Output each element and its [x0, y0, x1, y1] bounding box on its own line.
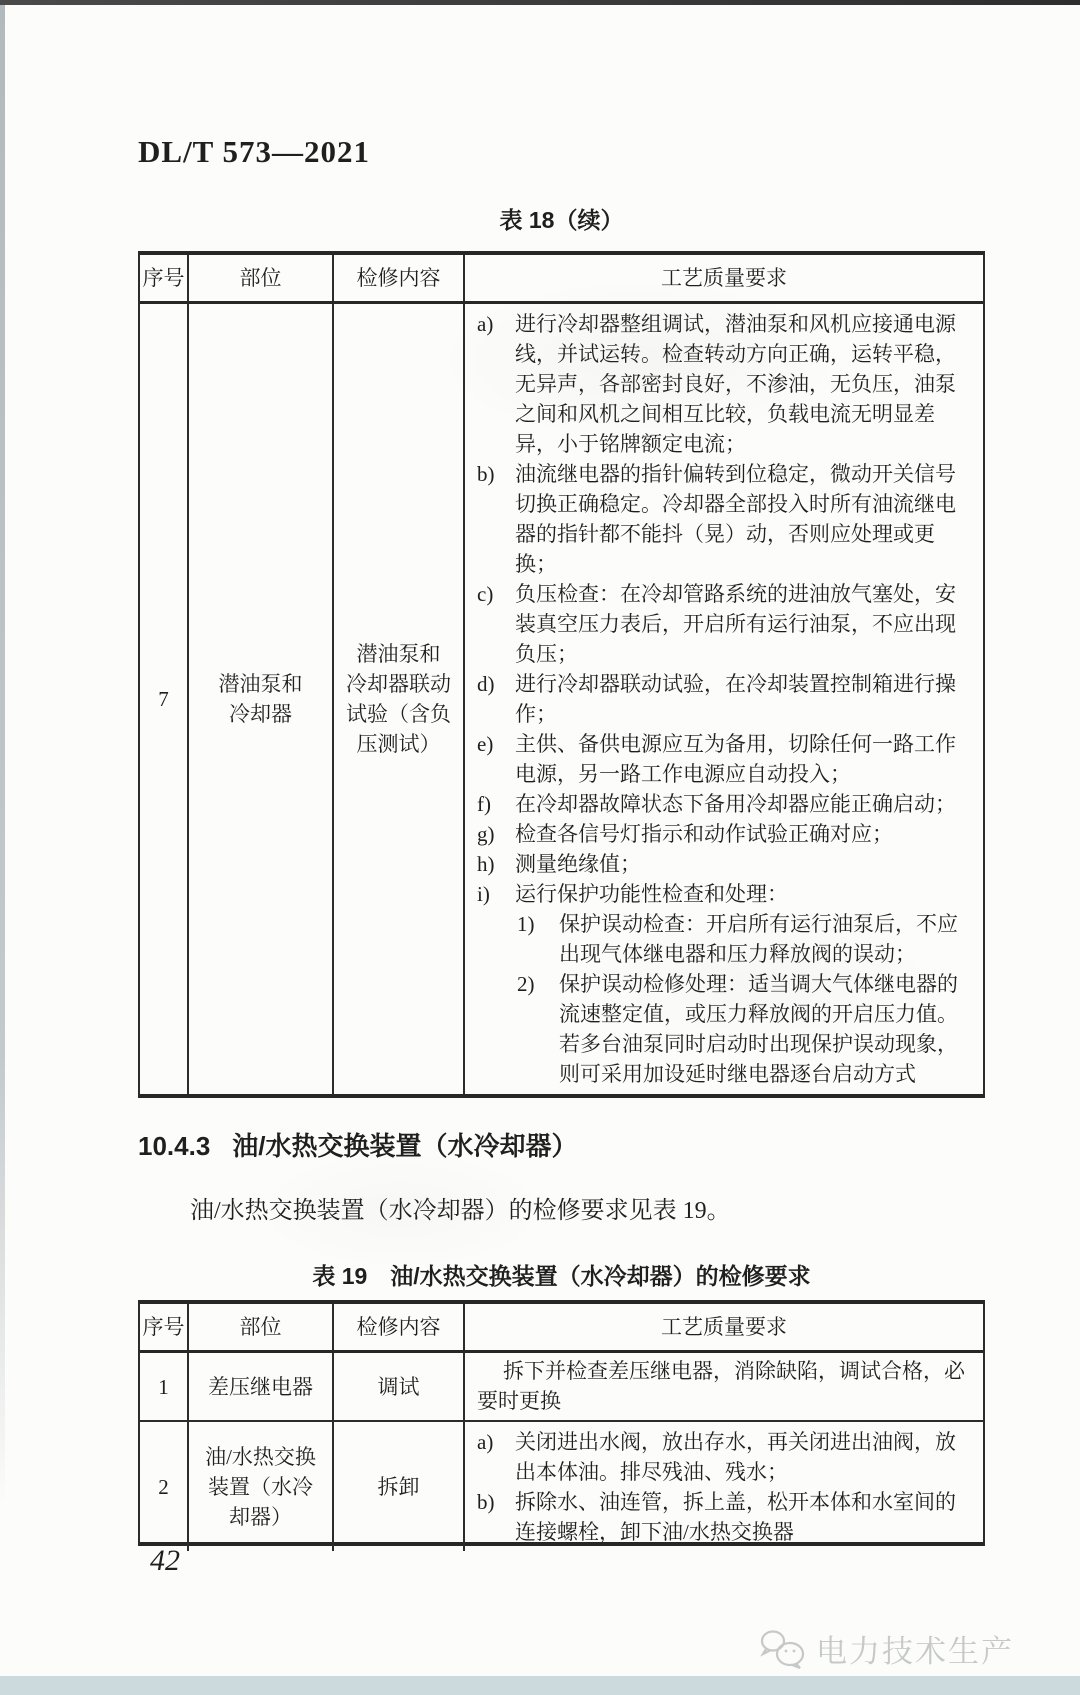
requirement-label: e) — [477, 729, 515, 789]
requirement-item: f) 在冷却器故障状态下备用冷却器应能正确启动； — [477, 789, 975, 819]
requirement-item: d) 进行冷却器联动试验，在冷却装置控制箱进行操作； — [477, 669, 975, 729]
table18-title: 表 18（续） — [138, 202, 985, 235]
column-header-task: 检修内容 — [334, 255, 465, 301]
requirement-label: b) — [477, 1487, 515, 1547]
scan-left-edge — [0, 5, 5, 1505]
requirement-text: 运行保护功能性检查和处理： — [515, 879, 975, 909]
requirement-label: 1) — [517, 909, 559, 969]
requirement-text: 保护误动检查：开启所有运行油泵后，不应出现气体继电器和压力释放阀的误动； — [559, 909, 975, 969]
requirement-item: h) 测量绝缘值； — [477, 849, 975, 879]
requirements-cell: 拆下并检查差压继电器，消除缺陷，调试合格，必要时更换 — [465, 1353, 983, 1420]
requirement-text: 保护误动检修处理：适当调大气体继电器的流速整定值，或压力释放阀的开启压力值。若多… — [559, 969, 975, 1089]
table19-header-row: 序号 部位 检修内容 工艺质量要求 — [140, 1304, 983, 1353]
requirement-text: 负压检查：在冷却管路系统的进油放气塞处，安装真空压力表后，开启所有运行油泵，不应… — [515, 579, 975, 669]
column-header-task: 检修内容 — [334, 1304, 465, 1350]
requirement-item: e) 主供、备供电源应互为备用，切除任何一路工作电源，另一路工作电源应自动投入； — [477, 729, 975, 789]
footer-watermark: 电力技术生产 — [758, 1626, 1014, 1671]
part-cell: 差压继电器 — [189, 1353, 334, 1420]
seq-cell: 1 — [140, 1353, 189, 1420]
wechat-logo-icon — [758, 1628, 808, 1670]
requirements-cell: a) 进行冷却器整组调试，潜油泵和风机应接通电源线，并试运转。检查转动方向正确，… — [465, 304, 983, 1094]
requirement-label: c) — [477, 579, 515, 669]
task-cell: 调试 — [334, 1353, 465, 1420]
requirement-sub-item: 1) 保护误动检查：开启所有运行油泵后，不应出现气体继电器和压力释放阀的误动； — [517, 909, 975, 969]
document-page: DL/T 573—2021 表 18（续） 序号 部位 检修内容 工艺质量要求 … — [0, 0, 1080, 1695]
requirement-text: 油流继电器的指针偏转到位稳定，微动开关信号切换正确稳定。冷却器全部投入时所有油流… — [515, 459, 975, 579]
column-header-seq: 序号 — [140, 1304, 189, 1350]
column-header-requirement: 工艺质量要求 — [465, 1304, 983, 1350]
requirement-text: 主供、备供电源应互为备用，切除任何一路工作电源，另一路工作电源应自动投入； — [515, 729, 975, 789]
requirement-label: f) — [477, 789, 515, 819]
requirement-item: b) 油流继电器的指针偏转到位稳定，微动开关信号切换正确稳定。冷却器全部投入时所… — [477, 459, 975, 579]
requirement-text: 进行冷却器联动试验，在冷却装置控制箱进行操作； — [515, 669, 975, 729]
watermark-text: 电力技术生产 — [816, 1626, 1014, 1671]
table-row: 1 差压继电器 调试 拆下并检查差压继电器，消除缺陷，调试合格，必要时更换 — [140, 1353, 983, 1422]
table-row: 2 油/水热交换 装置（水冷 却器） 拆卸 a) 关闭进出水阀，放出存水，再关闭… — [140, 1422, 983, 1542]
requirement-text: 进行冷却器整组调试，潜油泵和风机应接通电源线，并试运转。检查转动方向正确，运转平… — [515, 309, 975, 459]
part-cell: 油/水热交换 装置（水冷 却器） — [189, 1422, 334, 1551]
requirement-label: 2) — [517, 969, 559, 1089]
requirement-label: b) — [477, 459, 515, 579]
requirement-item: b) 拆除水、油连管，拆上盖，松开本体和水室间的连接螺栓，卸下油/水热交换器 — [477, 1487, 975, 1547]
column-header-part: 部位 — [189, 255, 334, 301]
requirement-sub-item: 2) 保护误动检修处理：适当调大气体继电器的流速整定值，或压力释放阀的开启压力值… — [517, 969, 975, 1089]
requirement-label: a) — [477, 309, 515, 459]
seq-cell: 7 — [140, 304, 189, 1094]
requirement-item: i) 运行保护功能性检查和处理： — [477, 879, 975, 909]
requirement-label: i) — [477, 879, 515, 909]
section-title: 油/水热交换装置（水冷却器） — [232, 1131, 577, 1161]
doc-number: DL/T 573—2021 — [138, 134, 370, 170]
column-header-requirement: 工艺质量要求 — [465, 255, 983, 301]
table-row: 7 潜油泵和 冷却器 潜油泵和 冷却器联动 试验（含负 压测试） a) 进行冷却… — [140, 304, 983, 1094]
requirement-item: a) 关闭进出水阀，放出存水，再关闭进出油阀，放出本体油。排尽残油、残水； — [477, 1427, 975, 1487]
table19-title: 表 19 油/水热交换装置（水冷却器）的检修要求 — [138, 1258, 985, 1291]
requirement-text: 检查各信号灯指示和动作试验正确对应； — [515, 819, 975, 849]
requirement-label: g) — [477, 819, 515, 849]
page-number: 42 — [150, 1544, 180, 1578]
requirement-label: a) — [477, 1427, 515, 1487]
part-cell: 潜油泵和 冷却器 — [189, 304, 334, 1094]
table19: 序号 部位 检修内容 工艺质量要求 1 差压继电器 调试 拆下并检查差压继电器，… — [138, 1300, 985, 1546]
table18-header-row: 序号 部位 检修内容 工艺质量要求 — [140, 255, 983, 304]
column-header-seq: 序号 — [140, 255, 189, 301]
requirement-text: 关闭进出水阀，放出存水，再关闭进出油阀，放出本体油。排尽残油、残水； — [515, 1427, 975, 1487]
requirement-item: a) 进行冷却器整组调试，潜油泵和风机应接通电源线，并试运转。检查转动方向正确，… — [477, 309, 975, 459]
requirement-label: h) — [477, 849, 515, 879]
task-cell: 拆卸 — [334, 1422, 465, 1551]
task-cell: 潜油泵和 冷却器联动 试验（含负 压测试） — [334, 304, 465, 1094]
requirement-text: 拆除水、油连管，拆上盖，松开本体和水室间的连接螺栓，卸下油/水热交换器 — [515, 1487, 975, 1547]
column-header-part: 部位 — [189, 1304, 334, 1350]
requirement-text: 测量绝缘值； — [515, 849, 975, 879]
requirements-cell: a) 关闭进出水阀，放出存水，再关闭进出油阀，放出本体油。排尽残油、残水； b)… — [465, 1422, 983, 1551]
scan-top-edge — [0, 0, 1080, 5]
section-heading: 10.4.3油/水热交换装置（水冷却器） — [138, 1126, 578, 1163]
intro-paragraph: 油/水热交换装置（水冷却器）的检修要求见表 19。 — [138, 1190, 985, 1225]
footer-strip — [0, 1676, 1080, 1695]
table18: 序号 部位 检修内容 工艺质量要求 7 潜油泵和 冷却器 潜油泵和 冷却器联动 … — [138, 251, 985, 1098]
seq-cell: 2 — [140, 1422, 189, 1551]
requirement-item: g) 检查各信号灯指示和动作试验正确对应； — [477, 819, 975, 849]
requirement-label: d) — [477, 669, 515, 729]
requirement-item: c) 负压检查：在冷却管路系统的进油放气塞处，安装真空压力表后，开启所有运行油泵… — [477, 579, 975, 669]
requirement-text: 在冷却器故障状态下备用冷却器应能正确启动； — [515, 789, 975, 819]
section-number: 10.4.3 — [138, 1131, 210, 1161]
